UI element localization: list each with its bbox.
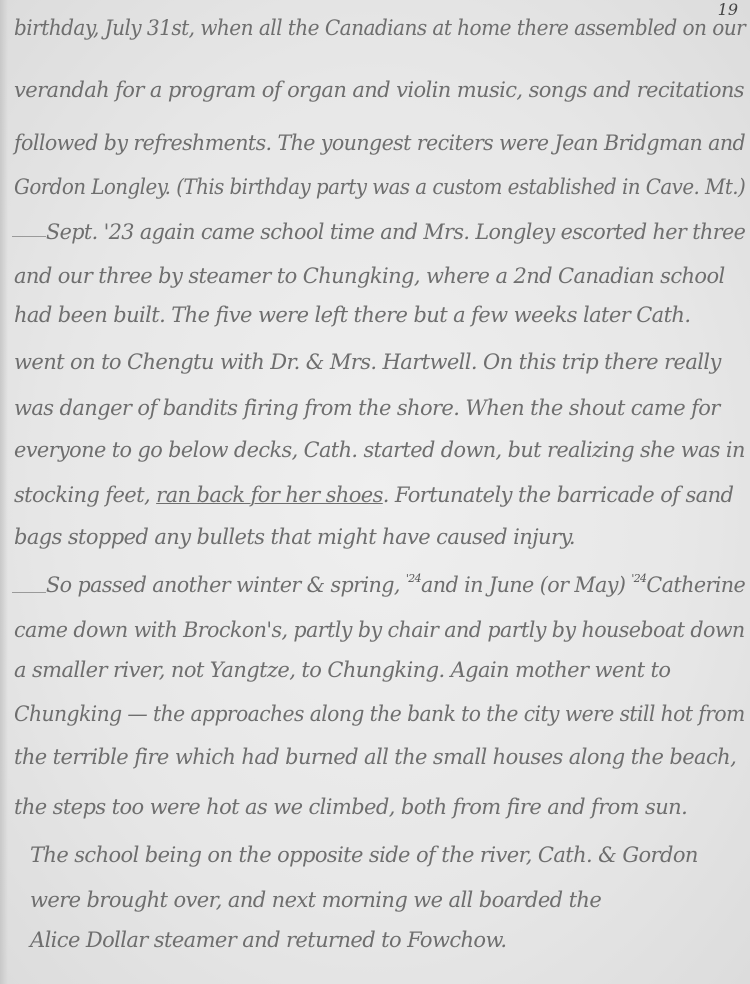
- text-line-14: came down with Brockon's, partly by chai…: [14, 618, 745, 642]
- handwritten-page: 19 birthday, July 31st, when all the Can…: [0, 0, 750, 984]
- text-line-8: went on to Chengtu with Dr. & Mrs. Hartw…: [14, 350, 721, 374]
- text-segment: Catherine: [646, 573, 745, 597]
- text-line-5: Sept. '23 again came school time and Mrs…: [46, 220, 745, 244]
- page-edge-shadow: [0, 0, 8, 984]
- text-line-1: birthday, July 31st, when all the Canadi…: [14, 16, 745, 40]
- text-line-6: and our three by steamer to Chungking, w…: [14, 264, 725, 288]
- text-line-13: So passed another winter & spring, '24an…: [46, 572, 745, 597]
- text-line-20: were brought over, and next morning we a…: [30, 888, 601, 912]
- underlined-text: ran back for her shoes: [156, 483, 383, 507]
- text-line-9: was danger of bandits firing from the sh…: [14, 396, 720, 420]
- text-line-12: bags stopped any bullets that might have…: [14, 525, 575, 549]
- text-segment: . Fortunately the barricade of sand: [383, 483, 734, 507]
- inserted-year: '24: [406, 572, 421, 585]
- inserted-year: '24: [631, 572, 646, 585]
- text-line-2: verandah for a program of organ and viol…: [14, 78, 744, 102]
- paragraph-dash: [12, 592, 46, 593]
- text-line-11: stocking feet, ran back for her shoes. F…: [14, 483, 733, 507]
- text-line-4: Gordon Longley. (This birthday party was…: [14, 175, 745, 199]
- text-line-3: followed by refreshments. The youngest r…: [14, 131, 745, 155]
- text-segment: stocking feet,: [14, 483, 156, 507]
- text-line-15: a smaller river, not Yangtze, to Chungki…: [14, 658, 670, 682]
- text-line-7: had been built. The five were left there…: [14, 303, 690, 327]
- text-segment: and in June (or May): [421, 573, 631, 597]
- text-line-19: The school being on the opposite side of…: [30, 843, 698, 867]
- text-line-10: everyone to go below decks, Cath. starte…: [14, 438, 745, 462]
- text-segment: So passed another winter & spring,: [46, 573, 406, 597]
- text-line-18: the steps too were hot as we climbed, bo…: [14, 795, 687, 819]
- paragraph-dash: [12, 236, 46, 237]
- text-line-21: Alice Dollar steamer and returned to Fow…: [30, 928, 506, 952]
- text-line-16: Chungking — the approaches along the ban…: [14, 702, 745, 726]
- text-line-17: the terrible fire which had burned all t…: [14, 745, 736, 769]
